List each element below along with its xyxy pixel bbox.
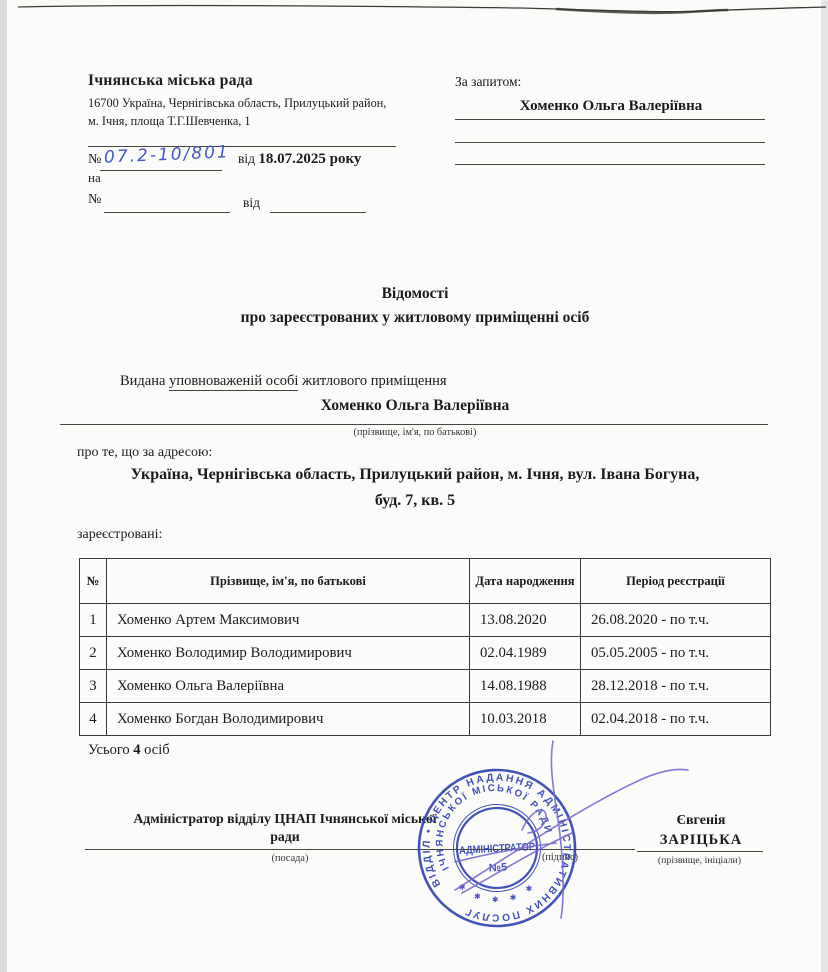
document-title: Відомості про зареєстрованих у житловому…: [60, 282, 770, 330]
issued-suffix: житлового приміщення: [302, 373, 446, 389]
registered-persons-table: № Прізвище, ім'я, по батькові Дата народ…: [79, 558, 771, 736]
header-name: Прізвище, ім'я, по батькові: [107, 559, 470, 604]
stamp-star: ✱: [492, 895, 499, 904]
cell-period: 05.05.2005 - по т.ч.: [581, 637, 771, 670]
cell-name: Хоменко Богдан Володимирович: [107, 703, 470, 736]
person-name-rule: [60, 424, 768, 425]
signer-position-line2: ради: [95, 828, 475, 846]
cell-name: Хоменко Артем Максимович: [107, 604, 470, 637]
table-row: 2 Хоменко Володимир Володимирович 02.04.…: [80, 637, 771, 670]
table-row: 3 Хоменко Ольга Валеріївна 14.08.1988 28…: [80, 670, 771, 703]
stamp-star: ✱: [510, 893, 517, 902]
ref-date-value: 18.07.2025 року: [258, 151, 361, 167]
issued-person-name: Хоменко Ольга Валеріївна: [60, 397, 770, 415]
cell-dob: 02.04.1989: [470, 637, 581, 670]
ref-number-handwritten: 07.2-10/801: [104, 142, 231, 167]
signer-position: Адміністратор відділу ЦНАП Ічнянської мі…: [95, 810, 475, 846]
recipient-rule-2: [455, 142, 765, 143]
header-dob: Дата народження: [470, 559, 581, 604]
sender-block: Ічнянська міська рада 16700 Україна, Чер…: [88, 72, 458, 130]
stamp-number: №5: [489, 861, 508, 874]
recipient-rule-3: [455, 164, 765, 165]
stamp-outer-circle: [415, 766, 579, 930]
sender-address-line1: 16700 Україна, Чернігівська область, При…: [88, 95, 458, 112]
sender-org-name: Ічнянська міська рада: [88, 72, 458, 90]
address-block: Україна, Чернігівська область, Прилуцьки…: [60, 462, 770, 513]
recipient-label: За запитом:: [455, 74, 521, 90]
cell-dob: 13.08.2020: [470, 604, 581, 637]
sender-address-line2: м. Ічня, площа Т.Г.Шевченка, 1: [88, 113, 458, 130]
address-line1: Україна, Чернігівська область, Прилуцьки…: [60, 462, 770, 488]
table-row: 4 Хоменко Богдан Володимирович 10.03.201…: [80, 703, 771, 736]
signer-first-name: Євгенія: [640, 812, 762, 831]
issued-underlined: уповноваженій особі: [169, 373, 298, 391]
reply-number-rule: [104, 212, 230, 213]
stamp-star: ✱: [474, 892, 481, 901]
stamp-star: ✱: [459, 883, 466, 892]
total-line: Усього 4 осіб: [88, 742, 170, 759]
person-name-caption: (прізвище, ім'я, по батькові): [60, 427, 770, 438]
registered-label: зареєстровані:: [77, 527, 162, 543]
scan-artifact-blob: [556, 9, 728, 13]
scan-artifact-line: [18, 5, 826, 11]
cell-name: Хоменко Ольга Валеріївна: [107, 670, 470, 703]
cell-num: 4: [80, 703, 107, 736]
reply-date-label: від: [243, 195, 260, 211]
header-num: №: [80, 559, 107, 604]
round-stamp: ВІДДІЛ • ЦЕНТР НАДАННЯ АДМІНІСТРАТИВНИХ …: [415, 766, 579, 930]
cell-name: Хоменко Володимир Володимирович: [107, 637, 470, 670]
recipient-rule-1: [455, 119, 765, 120]
cell-num: 3: [80, 670, 107, 703]
signer-position-line1: Адміністратор відділу ЦНАП Ічнянської мі…: [95, 810, 475, 828]
cell-dob: 10.03.2018: [470, 703, 581, 736]
stamp-outer-ring-text: ВІДДІЛ • ЦЕНТР НАДАННЯ АДМІНІСТРАТИВНИХ …: [418, 769, 576, 927]
total-count: 4: [133, 742, 140, 758]
stamp-star: ✱: [525, 884, 532, 893]
ref-date-line: від 18.07.2025 року: [238, 151, 361, 168]
scan-edge-right: [821, 0, 828, 972]
cell-dob: 14.08.1988: [470, 670, 581, 703]
ref-number-label: №: [88, 152, 101, 168]
reply-number-label: №: [88, 192, 101, 208]
title-line2: про зареєстрованих у житловому приміщенн…: [60, 306, 770, 330]
header-period: Період реєстрації: [581, 559, 771, 604]
scanned-document-page: Ічнянська міська рада 16700 Україна, Чер…: [0, 0, 828, 972]
cell-num: 2: [80, 637, 107, 670]
address-intro: про те, що за адресою:: [77, 445, 212, 461]
signer-last-name: ЗАРІЦЬКА: [640, 831, 762, 851]
signer-name-caption: (прізвище, ініціали): [627, 855, 772, 866]
cell-num: 1: [80, 604, 107, 637]
ref-number-rule: [100, 170, 222, 171]
total-suffix: осіб: [144, 742, 169, 758]
recipient-name: Хоменко Ольга Валеріївна: [455, 98, 767, 115]
table-row: 1 Хоменко Артем Максимович 13.08.2020 26…: [80, 604, 771, 637]
scan-edge-left: [0, 0, 7, 972]
cell-period: 02.04.2018 - по т.ч.: [581, 703, 771, 736]
ref-na-label: на: [88, 170, 101, 186]
signer-name: Євгенія ЗАРІЦЬКА: [640, 812, 762, 850]
ref-date-label: від: [238, 151, 255, 166]
table-header-row: № Прізвище, ім'я, по батькові Дата народ…: [80, 559, 771, 604]
reply-date-rule: [270, 212, 366, 213]
signer-name-rule: [637, 851, 763, 852]
issued-prefix: Видана: [120, 373, 165, 389]
title-line1: Відомості: [60, 282, 770, 306]
total-prefix: Усього: [88, 742, 130, 758]
issued-line: Видана уповноваженій особі житлового при…: [120, 373, 447, 390]
cell-period: 28.12.2018 - по т.ч.: [581, 670, 771, 703]
address-line2: буд. 7, кв. 5: [60, 488, 770, 514]
sign-caption: (підпис): [520, 852, 600, 863]
position-caption: (посада): [210, 853, 370, 864]
signature-rule: [85, 849, 635, 850]
cell-period: 26.08.2020 - по т.ч.: [581, 604, 771, 637]
